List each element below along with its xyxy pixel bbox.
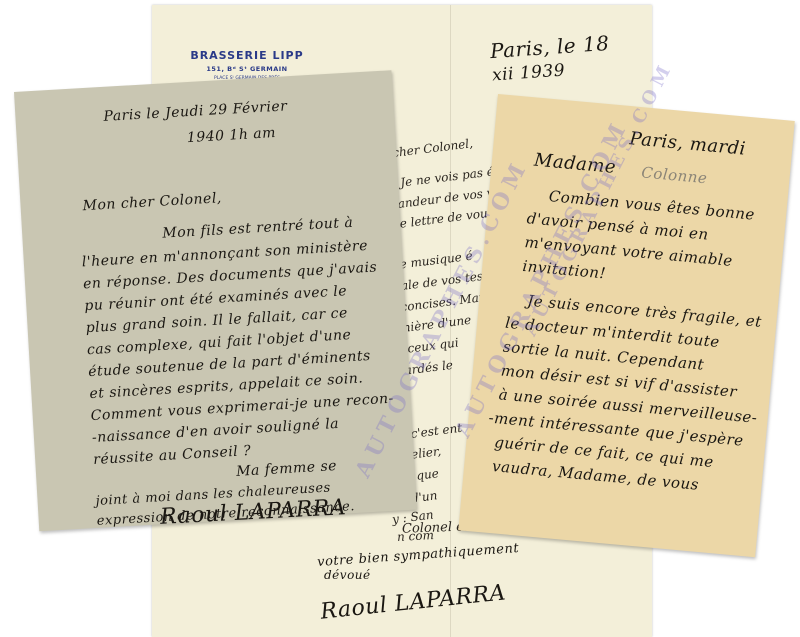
- letterhead-name: BRASSERIE LIPP: [152, 49, 342, 62]
- grey-letter-line: réussite au Conseil ?: [93, 443, 252, 468]
- tan-letter-line: invitation!: [522, 257, 607, 283]
- back-letter-closing: votre bien sympathiquement: [317, 541, 520, 570]
- back-letter-date-line2: xii 1939: [491, 60, 565, 85]
- back-letter-date-line1: Paris, le 18: [489, 31, 610, 63]
- tan-letter-pencil-note: Colonne: [641, 163, 708, 187]
- grey-letter-salutation: Mon cher Colonel,: [82, 190, 222, 214]
- letterhead-address: 151, Bᵈ Sᵗ GERMAIN: [152, 65, 342, 73]
- back-letter-signature: Raoul LAPARRA: [319, 580, 507, 624]
- tan-letter-salutation: Madame: [533, 150, 617, 178]
- grey-letter-line: Mon fils est rentré tout à: [162, 215, 354, 242]
- back-letter-closing: dévoué: [324, 568, 371, 582]
- tan-letter-card: Paris, mardi Madame Colonne Combien vous…: [458, 94, 794, 557]
- grey-letter-date-line2: 1940 1h am: [186, 125, 276, 146]
- grey-letter-date-line1: Paris le Jeudi 29 Février: [103, 98, 288, 125]
- tan-letter-date: Paris, mardi: [629, 128, 747, 159]
- grey-letter-line: Ma femme se: [236, 458, 338, 480]
- grey-letter-sheet: Paris le Jeudi 29 Février 1940 1h am Mon…: [14, 70, 417, 531]
